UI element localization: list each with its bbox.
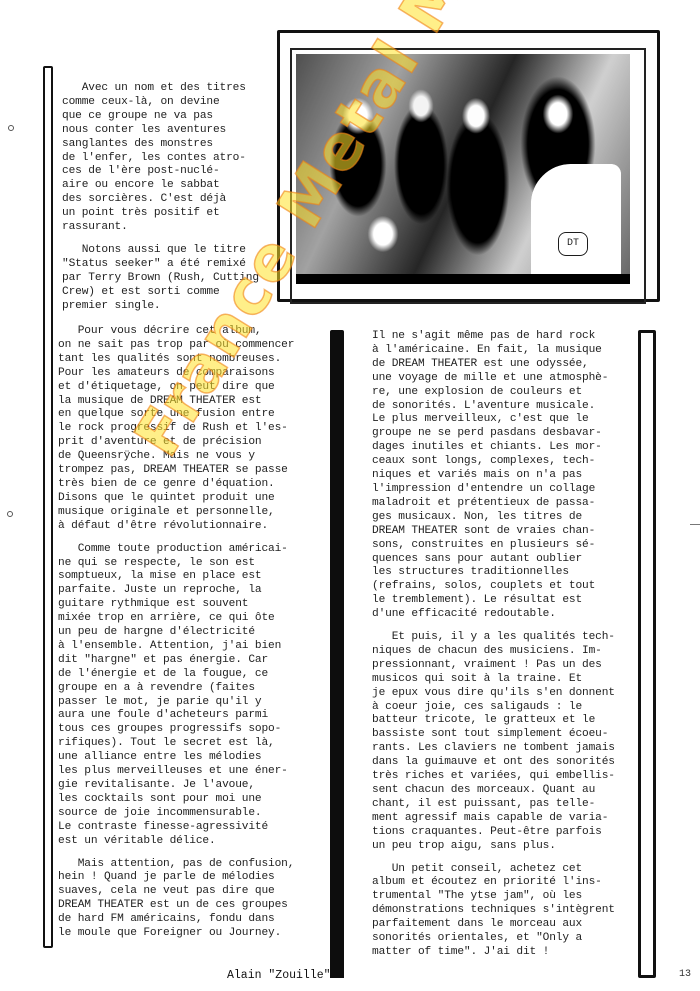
text-line: par Terry Brown (Rush, Cutting [62,272,259,286]
text-line: un peu de hargne d'électricité [58,626,294,640]
text-line: Il ne s'agit même pas de hard rock [372,330,615,344]
text-line: Pour vous décrire cet album, [58,325,294,339]
text-line: aire ou encore le sabbat [62,179,259,193]
text-line: dit "hargne" et pas énergie. Car [58,654,294,668]
text-line: Pour les amateurs de comparaisons [58,367,294,381]
text-line: trompez pas, DREAM THEATER se passe [58,464,294,478]
text-line: sent chacun des morceaux. Quant au [372,784,615,798]
text-line: est un véritable délice. [58,835,294,849]
text-line: on ne sait pas trop par où commencer [58,339,294,353]
text-line: d'une efficacité redoutable. [372,608,615,622]
text-line: niques et variés mais on n'a pas [372,469,615,483]
text-line: le tremblement). Le résultat est [372,594,615,608]
band-photo: DT [296,54,630,284]
right-column-frame [638,330,656,978]
text-line: très bien de ce genre d'équation. [58,478,294,492]
text-line: Le contraste finesse-agressivité [58,821,294,835]
left-column-frame [43,66,53,948]
paragraph: Notons aussi que le titre"Status seeker"… [62,244,259,314]
text-line: sonorités orientales, et "Only a [372,932,615,946]
text-line: que ce groupe ne va pas [62,110,259,124]
text-line: très riches et variées, qui embellis- [372,770,615,784]
text-line: des sorcières. C'est déjà [62,193,259,207]
text-line: DREAM THEATER sont de vraies chan- [372,525,615,539]
text-line: ne qui se respecte, le son est [58,557,294,571]
text-line: Notons aussi que le titre [62,244,259,258]
paragraph: Comme toute production américai-ne qui s… [58,543,294,849]
text-line: trumental "The ytse jam", où les [372,890,615,904]
photo-shirt [531,164,621,284]
text-line: Et puis, il y a les qualités tech- [372,631,615,645]
text-line: Un petit conseil, achetez cet [372,863,615,877]
text-line: à défaut d'être révolutionnaire. [58,520,294,534]
text-line: re, une explosion de couleurs et [372,386,615,400]
paragraph: Il ne s'agit même pas de hard rockà l'am… [372,330,615,622]
text-line: rants. Les claviers ne tombent jamais [372,742,615,756]
text-line: je epux vous dire qu'ils s'en donnent [372,687,615,701]
text-line: DREAM THEATER est un de ces groupes [58,899,294,913]
text-line: matter of time". J'ai dit ! [372,946,615,960]
text-line: maladroit et prétentieux de passa- [372,497,615,511]
text-line: de l'enfer, les contes atro- [62,152,259,166]
text-line: comme ceux-là, on devine [62,96,259,110]
text-line: groupe en a à revendre (faites [58,682,294,696]
text-line: Comme toute production américai- [58,543,294,557]
text-line: premier single. [62,300,259,314]
text-line: guitare rythmique est souvent [58,598,294,612]
margin-tick [690,524,700,525]
text-line: suaves, cela ne veut pas dire que [58,885,294,899]
text-line: ces de l'ère post-nuclé- [62,165,259,179]
author-signature: Alain "Zouille" [227,969,331,982]
text-line: Crew) et est sorti comme [62,286,259,300]
text-line: les cocktails sont pour moi une [58,793,294,807]
text-line: somptueux, la mise en place est [58,570,294,584]
text-line: un point très positif et [62,207,259,221]
text-line: de l'énergie et de la fougue, ce [58,668,294,682]
text-line: une voyage de mille et une atmosphè- [372,372,615,386]
paragraph: Et puis, il y a les qualités tech-niques… [372,631,615,854]
text-line: rassurant. [62,221,259,235]
text-line: la musique de DREAM THEATER est [58,395,294,409]
text-line: tions craquantes. Peut-être parfois [372,826,615,840]
text-line: bassiste sont tout simplement écoeu- [372,728,615,742]
text-line: tant les qualités sont nombreuses. [58,353,294,367]
text-line: Le plus merveilleux, c'est que le [372,413,615,427]
text-line: sanglantes des monstres [62,138,259,152]
text-line: quences sans pour autant oublier [372,553,615,567]
text-line: démonstrations techniques s'intègrent [372,904,615,918]
text-line: les structures traditionnelles [372,566,615,580]
margin-dot [7,511,13,517]
text-line: mixée trop en arrière, ce qui ôte [58,612,294,626]
text-line: "Status seeker" a été remixé [62,258,259,272]
text-line: ceaux sont longs, complexes, tech- [372,455,615,469]
article-column-right: Il ne s'agit même pas de hard rockà l'am… [372,330,615,969]
text-line: à l'ensemble. Attention, j'ai bien [58,640,294,654]
text-line: Avec un nom et des titres [62,82,259,96]
text-line: rifiques). Tout le secret est là, [58,737,294,751]
text-line: ges musicaux. Non, les titres de [372,511,615,525]
text-line: nous conter les aventures [62,124,259,138]
text-line: prit d'aventure et de précision [58,436,294,450]
text-line: groupe ne se perd pasdans desbavar- [372,427,615,441]
text-line: parfaitement dans le morceau aux [372,918,615,932]
text-line: une alliance entre les mélodies [58,751,294,765]
page-number: 13 [679,969,691,980]
text-line: dans la guimauve et ont des sonorités [372,756,615,770]
text-line: chant, il est puissant, pas telle- [372,798,615,812]
text-line: batteur tricote, le gratteux et le [372,714,615,728]
paragraph: Un petit conseil, achetez cetalbum et éc… [372,863,615,960]
text-line: parfaite. Juste un reproche, la [58,584,294,598]
text-line: à l'américaine. En fait, la musique [372,344,615,358]
text-line: le rock progressif de Rush et l'es- [58,422,294,436]
margin-dot [8,125,14,131]
text-line: ment agressif mais capable de varia- [372,812,615,826]
text-line: (refrains, solos, couplets et tout [372,580,615,594]
text-line: album et écoutez en priorité l'ins- [372,876,615,890]
text-line: source de joie incommensurable. [58,807,294,821]
text-line: Disons que le quintet produit une [58,492,294,506]
text-line: de hard FM américains, fondu dans [58,913,294,927]
text-line: dages inutiles et chiants. Les mor- [372,441,615,455]
photo-shadow [296,274,630,284]
text-line: les plus merveilleuses et une éner- [58,765,294,779]
text-line: de sonorités. L'aventure musicale. [372,400,615,414]
text-line: de Queensrÿche. Mais ne vous y [58,450,294,464]
text-line: tous ces groupes progressifs sopo- [58,723,294,737]
text-line: musicos qui soit à la traine. Et [372,673,615,687]
text-line: et d'étiquetage, on peut dire que [58,381,294,395]
text-line: musique originale et personnelle, [58,506,294,520]
column-divider-bar [330,330,344,978]
text-line: aura une foule d'acheteurs parmi [58,709,294,723]
text-line: hein ! Quand je parle de mélodies [58,871,294,885]
text-line: Mais attention, pas de confusion, [58,858,294,872]
paragraph: Mais attention, pas de confusion,hein ! … [58,858,294,941]
text-line: sons, construites en plusieurs sé- [372,539,615,553]
text-line: le moule que Foreigner ou Journey. [58,927,294,941]
paragraph: Avec un nom et des titrescomme ceux-là, … [62,82,259,235]
text-line: l'impression d'entendre un collage [372,483,615,497]
text-line: gie revitalisante. Je l'avoue, [58,779,294,793]
band-logo-icon: DT [558,232,588,256]
text-line: de DREAM THEATER est une odyssée, [372,358,615,372]
article-column-left-bottom: Pour vous décrire cet album,on ne sait p… [58,325,294,950]
article-column-left-top: Avec un nom et des titrescomme ceux-là, … [62,82,259,323]
text-line: un peu trop aigu, sans plus. [372,840,615,854]
text-line: à coeur joie, ces saligauds : le [372,701,615,715]
text-line: pressionnant, vraiment ! Pas un des [372,659,615,673]
text-line: niques de chacun des musiciens. Im- [372,645,615,659]
text-line: en quelque sorte une fusion entre [58,408,294,422]
text-line: passer le mot, je parie qu'il y [58,696,294,710]
paragraph: Pour vous décrire cet album,on ne sait p… [58,325,294,534]
